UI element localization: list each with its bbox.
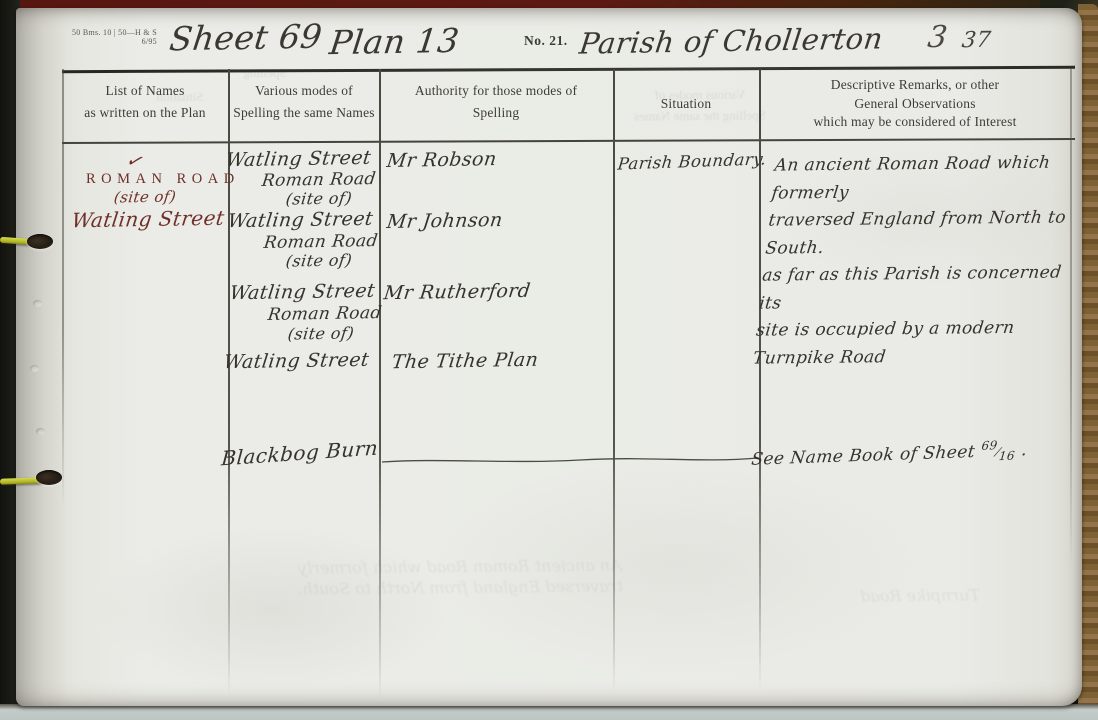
bleed-through-line: Turnpike Road	[860, 585, 980, 605]
authority-entry: Mr Rutherford	[382, 280, 531, 305]
spelling-entry-sub: (site of)	[287, 323, 355, 343]
column-divider-2	[379, 69, 381, 700]
parish-title: Parish of Chollerton	[578, 21, 885, 60]
page-emboss-mark	[36, 428, 45, 435]
form-number: No. 21.	[524, 33, 568, 49]
authority-entry: Mr Johnson	[386, 209, 505, 233]
spelling-entry: Watling Street	[228, 280, 376, 305]
binding-hole	[27, 234, 53, 249]
bleed-through-line: An ancient Roman Road which formerly	[298, 556, 622, 578]
hand-drawn-line	[380, 453, 762, 469]
header-line: Spelling the same Names	[233, 105, 374, 120]
plan-name-caps: ROMAN ROAD	[86, 171, 240, 188]
header-line: Spelling	[473, 105, 520, 120]
bleed-through-line: Spelling	[243, 65, 286, 80]
page-binding-crease	[16, 8, 68, 706]
header-line: List of Names	[105, 83, 184, 98]
spelling-entry-sub: (site of)	[285, 188, 353, 208]
header-line: as written on the Plan	[84, 105, 205, 120]
fraction-numerator: 69	[981, 438, 999, 453]
plan-name-qualifier: (site of)	[113, 187, 177, 206]
header-line: Various modes of	[255, 83, 353, 98]
spelling-entry-sub: Roman Road	[261, 169, 377, 191]
header-list-of-names: List of Names as written on the Plan	[66, 80, 224, 124]
binding-hole	[36, 470, 62, 485]
header-line: Descriptive Remarks, or other	[831, 77, 1000, 92]
remarks-text: An ancient Roman Road which formerly tra…	[751, 149, 1082, 372]
bleed-through-handwriting: An ancient Roman Road which formerly tra…	[250, 554, 670, 600]
remarks-line: An ancient Roman Road which formerly	[770, 149, 1083, 207]
bleed-through-line: traversed England from North to South.	[297, 577, 623, 599]
sheet-number: Sheet 69	[167, 17, 324, 59]
page-emboss-mark	[30, 365, 39, 372]
header-line: Authority for those modes of	[415, 83, 577, 98]
fraction-denominator: 16	[998, 449, 1016, 464]
authority-entry: Mr Robson	[386, 148, 498, 172]
page-emboss-mark	[33, 300, 42, 307]
spelling-entry: Watling Street	[224, 147, 372, 172]
spelling-entry-sub: (site of)	[285, 250, 353, 270]
form-reference-stamp: 50 Bms. 10 | 50—H & S 6/95	[62, 28, 157, 46]
remarks-line: Turnpike Road	[751, 342, 1060, 373]
table-right-border	[1070, 69, 1072, 569]
authority-entry: The Tithe Plan	[390, 349, 539, 374]
spelling-entry-sub: Roman Road	[263, 231, 379, 253]
header-authority: Authority for those modes of Spelling	[383, 80, 609, 124]
spelling-entry-sub: Roman Road	[267, 303, 383, 325]
plan-name-alt: Watling Street	[70, 206, 226, 233]
stamp-line1: 50 Bms. 10 | 50—H & S	[72, 28, 157, 37]
spelling-entry: Watling Street	[226, 208, 374, 233]
header-line: which may be considered of Interest	[813, 114, 1016, 129]
column-divider-3	[613, 69, 615, 693]
remarks-line: as far as this Parish is concerned its	[758, 259, 1071, 317]
header-situation: Situation	[617, 93, 755, 115]
remarks-line: site is occupied by a modern	[755, 314, 1064, 345]
stamp-line2: 6/95	[142, 37, 157, 46]
plan-number: Plan 13	[327, 21, 461, 62]
scan-background-bottom	[0, 704, 1098, 720]
bleed-through-handwriting: Turnpike Road	[820, 584, 1020, 607]
spelling-entry: Watling Street	[222, 349, 370, 374]
folio-number: 37	[960, 28, 992, 53]
table-left-border	[62, 69, 64, 509]
remarks-line: traversed England from North to South.	[764, 204, 1077, 262]
header-descriptive-remarks: Descriptive Remarks, or other General Ob…	[763, 76, 1067, 132]
header-line: General Observations	[854, 96, 975, 111]
cross-reference-fraction: 69⁄16	[980, 445, 1016, 460]
header-various-modes: Various modes of Spelling the same Names	[232, 80, 376, 124]
header-line: Situation	[661, 96, 712, 111]
